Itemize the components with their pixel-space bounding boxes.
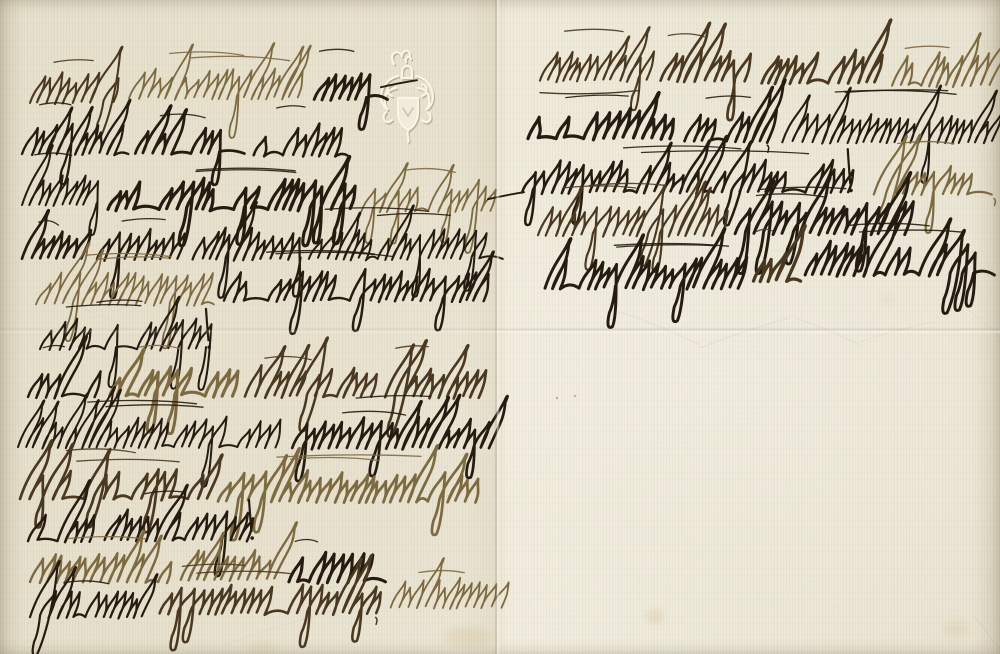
wrinkle-highlight — [975, 619, 1000, 653]
handwriting-overbar-stroke — [356, 396, 430, 399]
handwriting-word-stroke — [224, 252, 494, 334]
handwriting-overbar-stroke — [343, 411, 406, 415]
handwriting-word-stroke — [292, 395, 507, 481]
handwriting-line: erwidern! Mit (?) — [522, 135, 995, 233]
stain — [646, 610, 664, 624]
handwriting-word-stroke — [254, 124, 348, 157]
handwriting-exclamation-stroke — [249, 500, 252, 531]
crest-tassel-icon — [407, 130, 408, 142]
handwriting-overbar-stroke — [64, 581, 109, 584]
handwriting-overbar-stroke — [565, 29, 624, 31]
ink-speck — [574, 395, 576, 397]
handwriting-overbar-stroke — [905, 46, 949, 48]
handwriting-overbar-stroke — [566, 95, 629, 97]
handwriting-overbar-stroke — [320, 49, 354, 51]
handwriting-word-stroke — [528, 93, 673, 140]
handwriting-line: ebenso auch für — [30, 522, 385, 583]
handwriting-line: persönlich meinen — [18, 387, 508, 487]
handwriting-word-stroke — [314, 74, 387, 130]
handwriting-overbar-stroke — [668, 34, 704, 37]
handwriting-word-stroke — [874, 135, 992, 233]
handwriting-word-stroke — [22, 210, 91, 259]
handwriting-overbar-stroke — [706, 96, 750, 98]
handwriting-word-stroke — [391, 558, 509, 609]
handwriting-overbar-stroke — [77, 459, 179, 461]
handwriting-exclamation-stroke — [206, 309, 209, 340]
handwriting-overbar-stroke — [54, 60, 93, 63]
handwriting-overbar-stroke — [295, 540, 317, 542]
paper-blemishes — [60, 129, 1000, 654]
handwriting-word-stroke — [661, 23, 751, 120]
handwriting-word-stroke — [129, 43, 311, 138]
handwriting-line: für nur für (?) — [22, 100, 347, 185]
handwriting-exclamation-dot — [250, 536, 254, 540]
handwriting-overbar-stroke — [122, 219, 165, 221]
handwriting-overbar-stroke — [617, 245, 717, 247]
handwriting-word-stroke — [218, 445, 478, 540]
handwriting-word-stroke — [22, 145, 98, 235]
handwriting-exclamation-dot — [849, 189, 853, 193]
stain — [942, 620, 970, 638]
handwriting-word-stroke — [892, 25, 1000, 87]
handwriting-overbar-stroke — [276, 252, 394, 256]
handwriting-word-stroke — [110, 349, 238, 434]
handwriting-word-stroke — [245, 337, 377, 431]
handwriting-overbar-stroke — [378, 213, 451, 215]
handwriting-comma-stroke — [376, 617, 377, 624]
handwriting-word-stroke — [135, 105, 244, 184]
handwriting-overbar-stroke — [98, 257, 168, 259]
handwriting-overbar-stroke — [277, 106, 305, 108]
handwriting-overbar-stroke — [192, 56, 290, 60]
stain — [246, 642, 278, 654]
handwriting-word-stroke — [540, 27, 654, 110]
handwriting-layer: ich Ihnen da- (?)für nur für (?)die wärm… — [18, 20, 1000, 654]
handwriting-word-stroke — [762, 20, 891, 84]
handwriting-exclamation-dot — [207, 345, 211, 349]
ink-speck — [556, 397, 558, 399]
handwriting-overbar-stroke — [265, 357, 311, 360]
handwriting-word-stroke — [782, 85, 1000, 182]
handwriting-line: bestem Gruße — [538, 172, 913, 273]
horizontal-fold-crease — [0, 327, 1000, 334]
stain — [878, 295, 894, 305]
handwriting-overbar-stroke — [406, 169, 456, 173]
handwriting-overbar-stroke — [66, 449, 135, 453]
stain — [444, 627, 492, 647]
handwriting-underline-stroke — [540, 91, 638, 94]
handwriting-word-stroke — [18, 387, 281, 487]
wrinkle-highlight — [700, 319, 790, 349]
handwriting-word-stroke — [20, 440, 222, 532]
crest-shield-icon — [398, 98, 418, 130]
handwriting-overbar-stroke — [170, 52, 244, 56]
handwriting-word-stroke — [28, 336, 101, 398]
embossed-crest-icon — [381, 51, 434, 144]
crest-mantling-right-curl-icon — [422, 112, 430, 122]
handwriting-word-stroke — [805, 214, 994, 313]
wrinkle-highlight — [225, 613, 330, 646]
letter-scan: Handwritten letter in German Kurrent scr… — [0, 0, 1000, 654]
handwriting-comma-stroke — [994, 199, 995, 206]
